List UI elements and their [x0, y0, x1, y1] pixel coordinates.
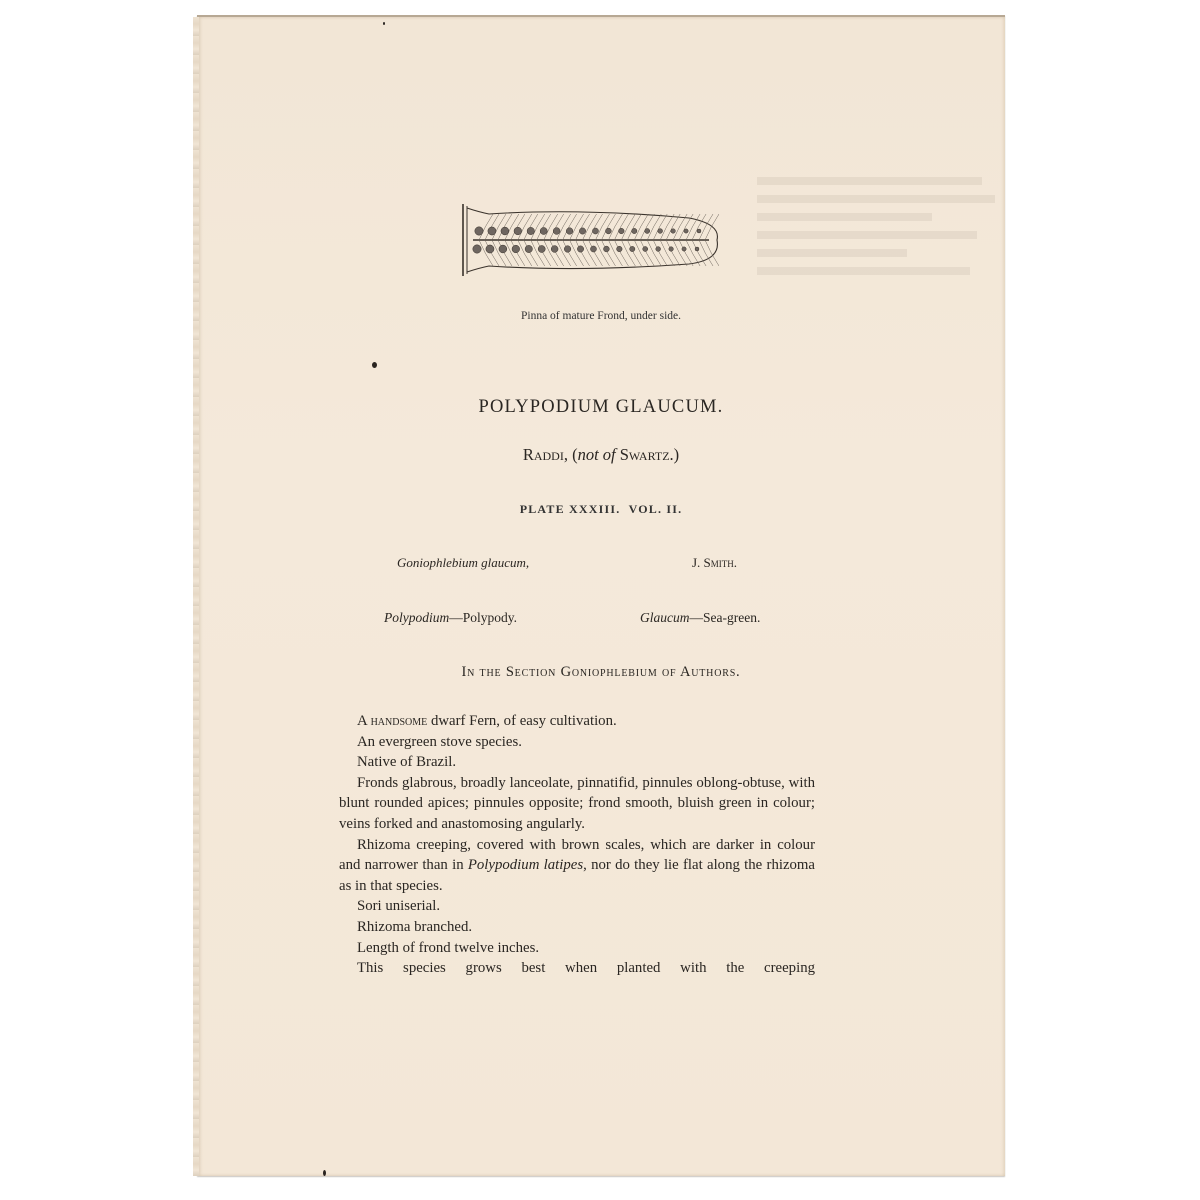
species-term: Glaucum	[640, 610, 690, 625]
plate-reference: PLATE XXXIII. VOL. II.	[197, 502, 1005, 517]
fern-pinna-illustration-icon	[459, 200, 719, 280]
figure-caption: Pinna of mature Frond, under side.	[197, 310, 1005, 322]
author-line: Raddi, (not of Swartz.)	[197, 445, 1005, 465]
paragraph: Fronds glabrous, broadly lanceolate, pin…	[339, 773, 815, 835]
paragraph: Rhizoma creeping, covered with brown sca…	[339, 835, 815, 897]
bleed-through-text	[757, 167, 1007, 285]
section-heading: In the Section Goniophlebium of Authors.	[197, 664, 1005, 681]
ink-speck	[383, 22, 385, 25]
author-name: Raddi,	[523, 445, 568, 464]
etymology-genus: Polypodium—Polypody.	[384, 610, 517, 626]
paragraph: This species grows best when planted wit…	[339, 958, 815, 979]
paragraph: Native of Brazil.	[339, 752, 815, 773]
synonym-name: Goniophlebium glaucum,	[397, 555, 529, 571]
etymology-species: Glaucum—Sea-green.	[640, 610, 760, 626]
paragraph: Length of frond twelve inches.	[339, 938, 815, 959]
species-meaning: —Sea-green.	[690, 610, 761, 625]
paragraph: A handsome dwarf Fern, of easy cultivati…	[339, 711, 815, 732]
other-author: Swartz.)	[620, 445, 679, 464]
page-title: POLYPODIUM GLAUCUM.	[197, 397, 1005, 418]
book-page: Pinna of mature Frond, under side. POLYP…	[197, 15, 1005, 1176]
ink-speck	[372, 362, 377, 368]
paragraph: Sori uniserial.	[339, 896, 815, 917]
description-body: A handsome dwarf Fern, of easy cultivati…	[339, 711, 815, 979]
ink-speck	[323, 1170, 326, 1176]
synonym-authority: J. Smith.	[692, 555, 737, 571]
paragraph: An evergreen stove species.	[339, 732, 815, 753]
genus-term: Polypodium	[384, 610, 449, 625]
paragraph: Rhizoma branched.	[339, 917, 815, 938]
genus-meaning: —Polypody.	[449, 610, 517, 625]
not-of-text: not of	[578, 445, 616, 464]
